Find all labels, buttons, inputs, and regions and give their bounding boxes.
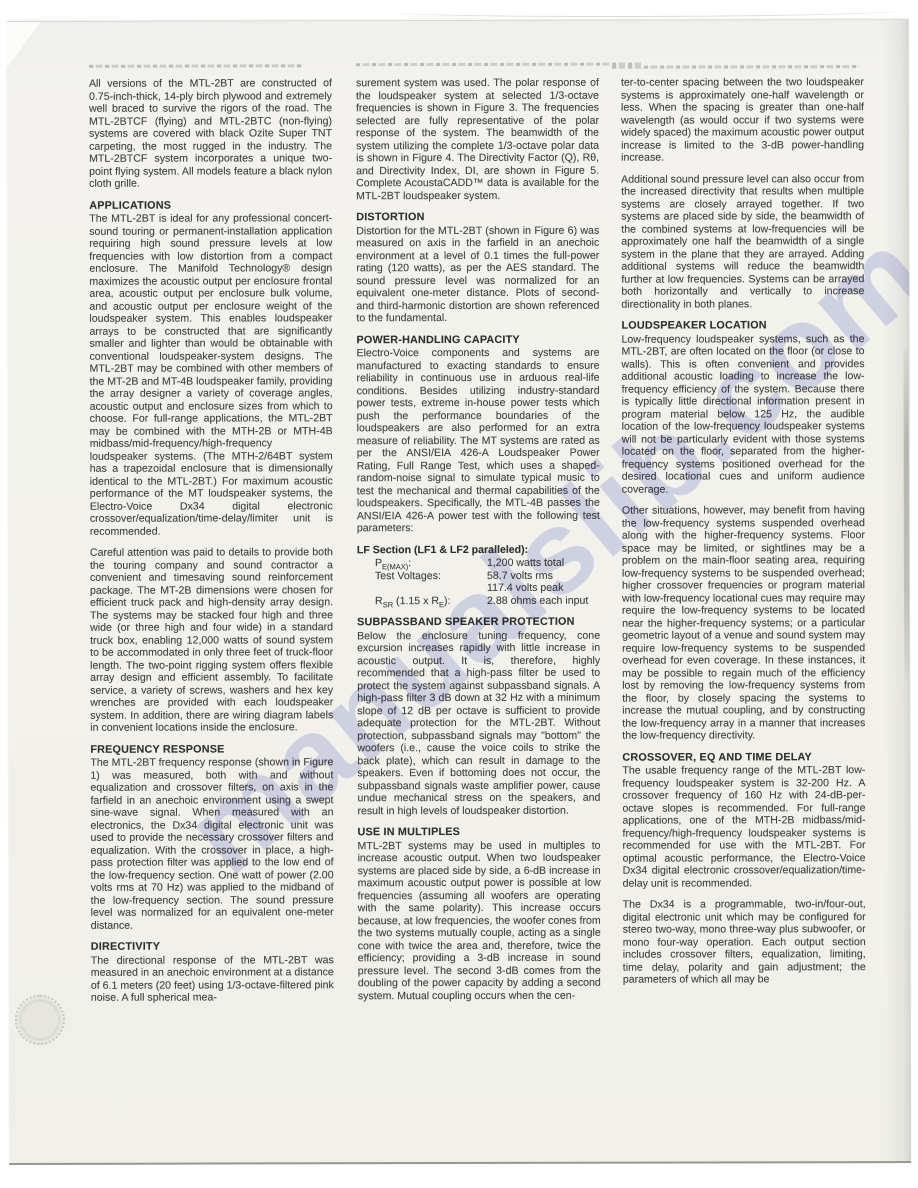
scan-cutoff-line-col1 <box>89 64 303 67</box>
column-2: surement system was used. The polar resp… <box>356 77 601 1003</box>
spec-label-part: : <box>408 557 411 569</box>
multiples-continued-paragraph-2: Additional sound pressure level can also… <box>621 173 864 311</box>
multiples-continued-paragraph: ter-to-center spacing between the two lo… <box>621 76 864 164</box>
page-corner-fold <box>7 22 41 68</box>
power-handling-heading: POWER-HANDLING CAPACITY <box>356 333 599 346</box>
spec-value-test-voltage-peak: 117.4 volts peak <box>487 582 600 595</box>
spec-row-test-voltage-peak: 117.4 volts peak <box>357 582 600 595</box>
use-in-multiples-paragraph: MTL-2BT systems may be used in multiples… <box>358 839 601 1002</box>
document-page: All versions of the MTL-2BT are construc… <box>7 19 911 1165</box>
frequency-response-paragraph: The MTL-2BT frequency response (shown in… <box>90 756 333 932</box>
spec-label-part: (1.15 x R <box>393 595 439 607</box>
scan-cutoff-line-col2 <box>356 63 642 67</box>
directivity-heading: DIRECTIVITY <box>91 940 334 953</box>
spec-value-pemax: 1,200 watts total <box>487 557 600 570</box>
distortion-paragraph: Distortion for the MTL-2BT (shown in Fig… <box>356 224 599 325</box>
column-3: ter-to-center spacing between the two lo… <box>621 76 866 986</box>
distortion-heading: DISTORTION <box>356 211 599 224</box>
lf-section-spec: LF Section (LF1 & LF2 paralleled): PE(MA… <box>357 543 600 607</box>
use-in-multiples-heading: USE IN MULTIPLES <box>357 826 600 839</box>
emboss-stamp <box>15 995 65 1045</box>
frequency-response-heading: FREQUENCY RESPONSE <box>90 743 333 756</box>
lf-section-heading: LF Section (LF1 & LF2 paralleled): <box>357 543 600 556</box>
scan-cutoff-line-col3 <box>612 65 859 69</box>
spec-label-part: Test Voltages <box>375 570 438 582</box>
spec-value-test-voltage-rms: 58.7 volts rms <box>487 569 600 582</box>
loudspeaker-location-paragraph: Low-frequency loudspeaker systems, such … <box>621 333 864 496</box>
directivity-continued-paragraph: surement system was used. The polar resp… <box>356 77 599 203</box>
applications-heading: APPLICATIONS <box>89 199 332 212</box>
column-1: All versions of the MTL-2BT are construc… <box>89 77 334 1004</box>
intro-paragraph: All versions of the MTL-2BT are construc… <box>89 77 332 190</box>
subpassband-heading: SUBPASSBAND SPEAKER PROTECTION <box>357 616 600 629</box>
spec-label-part: R <box>375 595 383 607</box>
spec-row-pemax: PE(MAX): 1,200 watts total <box>357 557 600 570</box>
spec-label-impedance: RSR (1.15 x RE): <box>375 594 487 607</box>
loudspeaker-location-heading: LOUDSPEAKER LOCATION <box>621 319 864 332</box>
crossover-paragraph-2: The Dx34 is a programmable, two-in/four-… <box>623 898 866 986</box>
applications-paragraph: The MTL-2BT is ideal for any professiona… <box>89 212 333 538</box>
scan-page-curl-line <box>400 6 900 17</box>
spec-subscript: SR <box>383 600 393 609</box>
spec-row-impedance: RSR (1.15 x RE): 2.88 ohms each input <box>357 594 600 607</box>
spec-label-test-voltages: Test Voltages: <box>375 569 487 582</box>
spec-label-empty <box>375 582 487 595</box>
packaging-paragraph: Careful attention was paid to details to… <box>90 546 333 734</box>
spec-label-part: ): <box>444 595 451 607</box>
directivity-paragraph: The directional response of the MTL-2BT … <box>91 954 334 1005</box>
power-handling-paragraph: Electro-Voice components and systems are… <box>356 347 599 535</box>
loudspeaker-location-paragraph-2: Other situations, however, may benefit f… <box>622 504 865 742</box>
subpassband-paragraph: Below the enclosure tuning frequency, co… <box>357 629 600 817</box>
scanned-document: { "page": { "watermark": "manualslib.com… <box>0 0 918 1188</box>
spec-value-impedance: 2.88 ohms each input <box>487 594 600 607</box>
crossover-eq-time-delay-heading: CROSSOVER, EQ AND TIME DELAY <box>622 751 865 764</box>
spec-row-test-voltages: Test Voltages: 58.7 volts rms <box>357 569 600 582</box>
spec-label-pemax: PE(MAX): <box>375 557 487 570</box>
spec-label-part: : <box>438 570 441 582</box>
crossover-paragraph: The usable frequency range of the MTL-2B… <box>622 764 865 890</box>
scan-edge-artifact <box>903 350 909 680</box>
